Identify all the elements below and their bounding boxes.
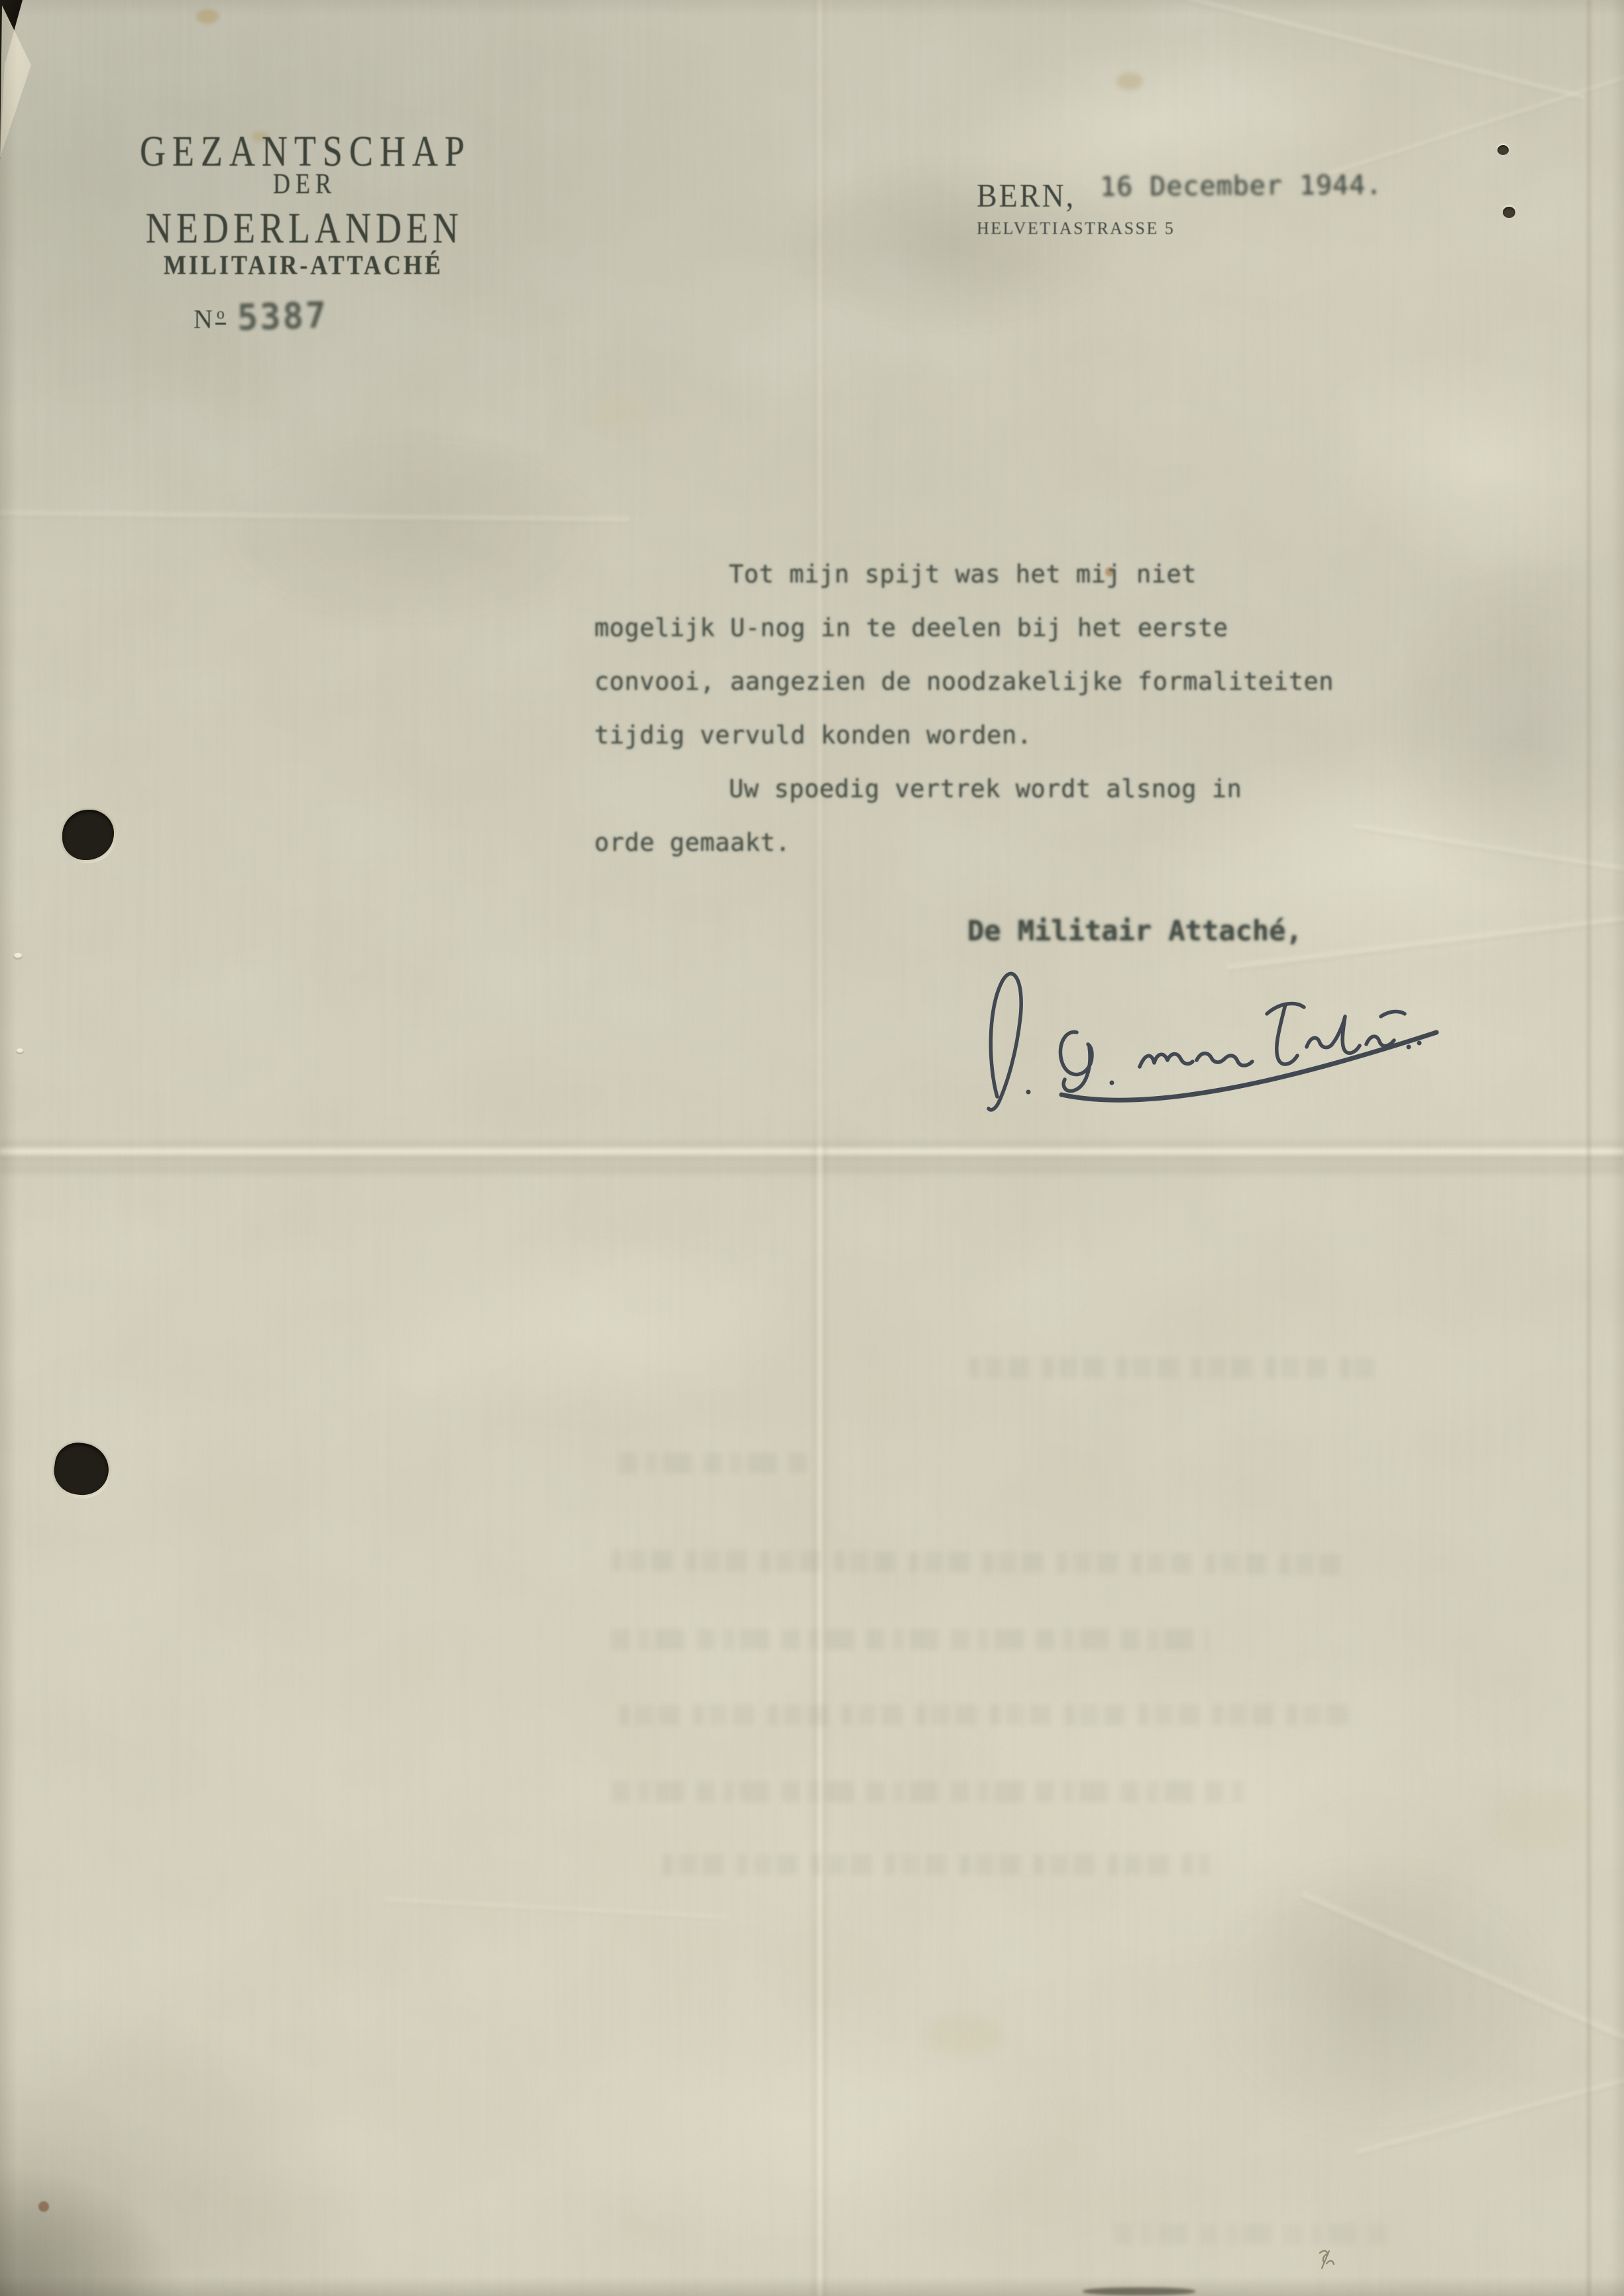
document-number-stamp: 5387 xyxy=(237,295,329,339)
stain xyxy=(1116,73,1143,90)
paper-damage-speck xyxy=(13,953,23,959)
minor-crease xyxy=(1356,2062,1624,2158)
wrinkle-highlight xyxy=(928,1643,1537,1922)
body-line: Tot mijn spijt was het mij niet xyxy=(729,560,1197,588)
dateline-city: BERN, xyxy=(977,176,1075,214)
bottom-left-shadow xyxy=(0,2163,186,2296)
pin-hole xyxy=(1503,207,1515,218)
minor-crease xyxy=(1353,821,1624,880)
minor-crease xyxy=(1300,1889,1624,2063)
minor-crease xyxy=(384,1895,729,1922)
body-line: convooi, aangezien de noodzakelijke form… xyxy=(594,667,1334,696)
wrinkle-highlight xyxy=(504,2001,1073,2240)
handwritten-signature xyxy=(941,948,1484,1246)
bleed-through-line xyxy=(1114,2224,1393,2245)
minor-crease xyxy=(0,508,629,525)
bottom-edge-smudge xyxy=(1083,2287,1195,2295)
pin-hole xyxy=(1497,145,1509,155)
paper-damage-speck xyxy=(16,1048,24,1054)
bleed-through-line xyxy=(619,1704,1361,1725)
stain xyxy=(1491,1789,1597,1849)
bleed-through-line xyxy=(612,1781,1244,1802)
wrinkle-highlight xyxy=(345,1232,822,1431)
bleed-through-line xyxy=(612,1629,1208,1650)
bleed-through-line xyxy=(612,1550,1347,1575)
fold-crease-vertical-lower xyxy=(808,1146,831,2296)
stain xyxy=(196,9,219,24)
punch-hole-top xyxy=(62,810,114,860)
wrinkle-highlight xyxy=(1291,319,1624,608)
letterhead-line-militair-attache: MILITAIR-ATTACHÉ xyxy=(133,249,472,281)
number-ordinal: o xyxy=(215,306,226,325)
folded-corner xyxy=(0,5,36,162)
wrinkle-shadow xyxy=(1385,557,1624,901)
right-edge-crease xyxy=(1585,0,1593,2296)
stain xyxy=(924,2014,1004,2054)
bleed-through-line xyxy=(969,1357,1376,1378)
body-line: mogelijk U-nog in te deelen bij het eers… xyxy=(594,614,1228,642)
letterhead-line-der: DER xyxy=(133,167,472,200)
stain xyxy=(590,398,649,431)
letterhead-line-nederlanden: NEDERLANDEN xyxy=(133,203,472,253)
dateline-typed-date: 16 December 1944. xyxy=(1100,170,1383,203)
wrinkle-shadow xyxy=(1193,1855,1564,2147)
pencil-mark xyxy=(1315,2246,1337,2271)
minor-crease xyxy=(1165,0,1585,102)
dateline-address: HELVETIASTRASSE 5 xyxy=(977,219,1175,239)
minor-crease xyxy=(1319,71,1624,181)
scanned-letter-page: GEZANTSCHAP DER NEDERLANDEN MILITAIR-ATT… xyxy=(0,0,1624,2296)
body-line: Uw spoedig vertrek wordt alsnog in xyxy=(729,775,1242,803)
body-line: orde gemaakt. xyxy=(594,828,790,857)
bleed-through-line xyxy=(619,1452,808,1474)
body-line: tijdig vervuld konden worden. xyxy=(594,721,1032,749)
number-n: N xyxy=(193,304,213,334)
punch-hole-bottom xyxy=(51,1440,112,1499)
document-number-label: No xyxy=(193,303,226,335)
closing-salutation: De Militair Attaché, xyxy=(967,914,1303,947)
wrinkle-shadow xyxy=(199,424,623,636)
bleed-through-line xyxy=(663,1854,1209,1875)
